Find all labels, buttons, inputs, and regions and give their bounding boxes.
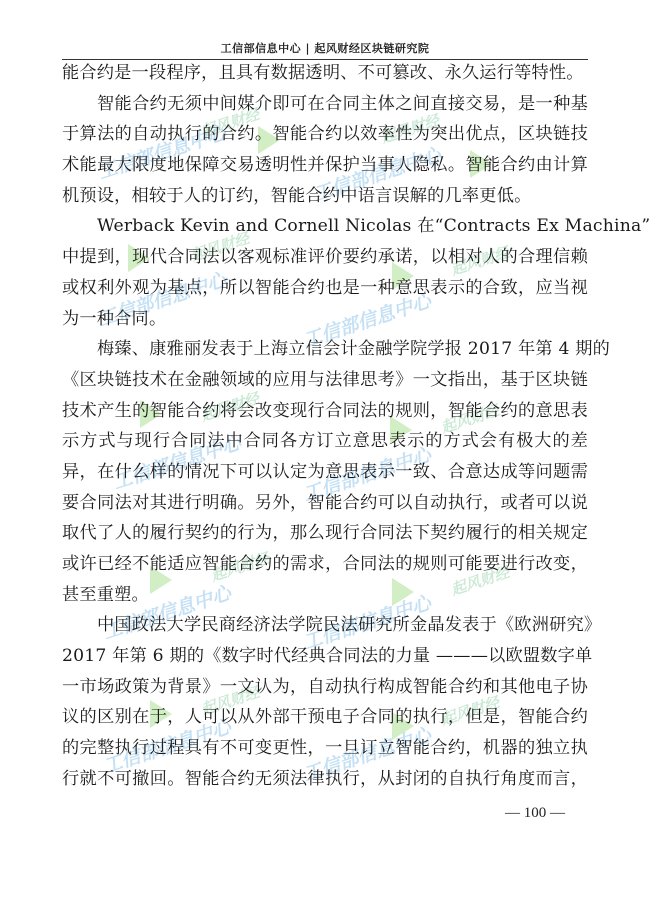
text-line: 取代了人的履行契约的行为，那么现行合同法下契约履行的相关规定 bbox=[62, 518, 588, 549]
text-line: 2017 年第 6 期的《数字时代经典合同法的力量 ———以欧盟数字单 bbox=[62, 641, 588, 672]
text-line: 行就不可撤回。智能合约无须法律执行，从封闭的自执行角度而言， bbox=[62, 764, 588, 795]
text-line: 甚至重塑。 bbox=[62, 580, 588, 611]
text-line: 异，在什么样的情况下可以认定为意思表示一致、合意达成等问题需 bbox=[62, 457, 588, 488]
text-line: 技术产生的智能合约将会改变现行合同法的规则，智能合约的意思表 bbox=[62, 396, 588, 427]
text-line: 为一种合同。 bbox=[62, 304, 588, 335]
document-body: 能合约是一段程序，且具有数据透明、不可篡改、永久运行等特性。智能合约无须中间媒介… bbox=[62, 58, 588, 795]
text-line: 或权利外观为基点，所以智能合约也是一种意思表示的合致，应当视 bbox=[62, 273, 588, 304]
text-line: 中国政法大学民商经济法学院民法研究所金晶发表于《欧洲研究》 bbox=[62, 610, 588, 641]
text-line: 的完整执行过程具有不可变更性，一旦订立智能合约，机器的独立执 bbox=[62, 733, 588, 764]
text-line: 要合同法对其进行明确。另外，智能合约可以自动执行，或者可以说 bbox=[62, 488, 588, 519]
text-line: 智能合约无须中间媒介即可在合同主体之间直接交易，是一种基 bbox=[62, 89, 588, 120]
text-line: 议的区别在于，人可以从外部干预电子合同的执行，但是，智能合约 bbox=[62, 702, 588, 733]
text-line: 中提到，现代合同法以客观标准评价要约承诺，以相对人的合理信赖 bbox=[62, 242, 588, 273]
text-line: 梅臻、康雅丽发表于上海立信会计金融学院学报 2017 年第 4 期的 bbox=[62, 334, 588, 365]
text-line: 示方式与现行合同法中合同各方订立意思表示的方式会有极大的差 bbox=[62, 426, 588, 457]
text-line: 一市场政策为背景》一文认为，自动执行构成智能合约和其他电子协 bbox=[62, 672, 588, 703]
text-line: 能合约是一段程序，且具有数据透明、不可篡改、永久运行等特性。 bbox=[62, 58, 588, 89]
text-line: 于算法的自动执行的合约。智能合约以效率性为突出优点，区块链技 bbox=[62, 119, 588, 150]
text-line: 机预设，相较于人的订约，智能合约中语言误解的几率更低。 bbox=[62, 181, 588, 212]
text-line: 《区块链技术在金融领域的应用与法律思考》一文指出，基于区块链 bbox=[62, 365, 588, 396]
text-line: 术能最大限度地保障交易透明性并保护当事人隐私。智能合约由计算 bbox=[62, 150, 588, 181]
text-line: Werback Kevin and Cornell Nicolas 在“Cont… bbox=[62, 211, 588, 242]
page-number: — 100 — bbox=[490, 805, 580, 822]
text-line: 或许已经不能适应智能合约的需求，合同法的规则可能要进行改变， bbox=[62, 549, 588, 580]
running-header: 工信部信息中心 | 起风财经区块链研究院 bbox=[62, 40, 588, 60]
